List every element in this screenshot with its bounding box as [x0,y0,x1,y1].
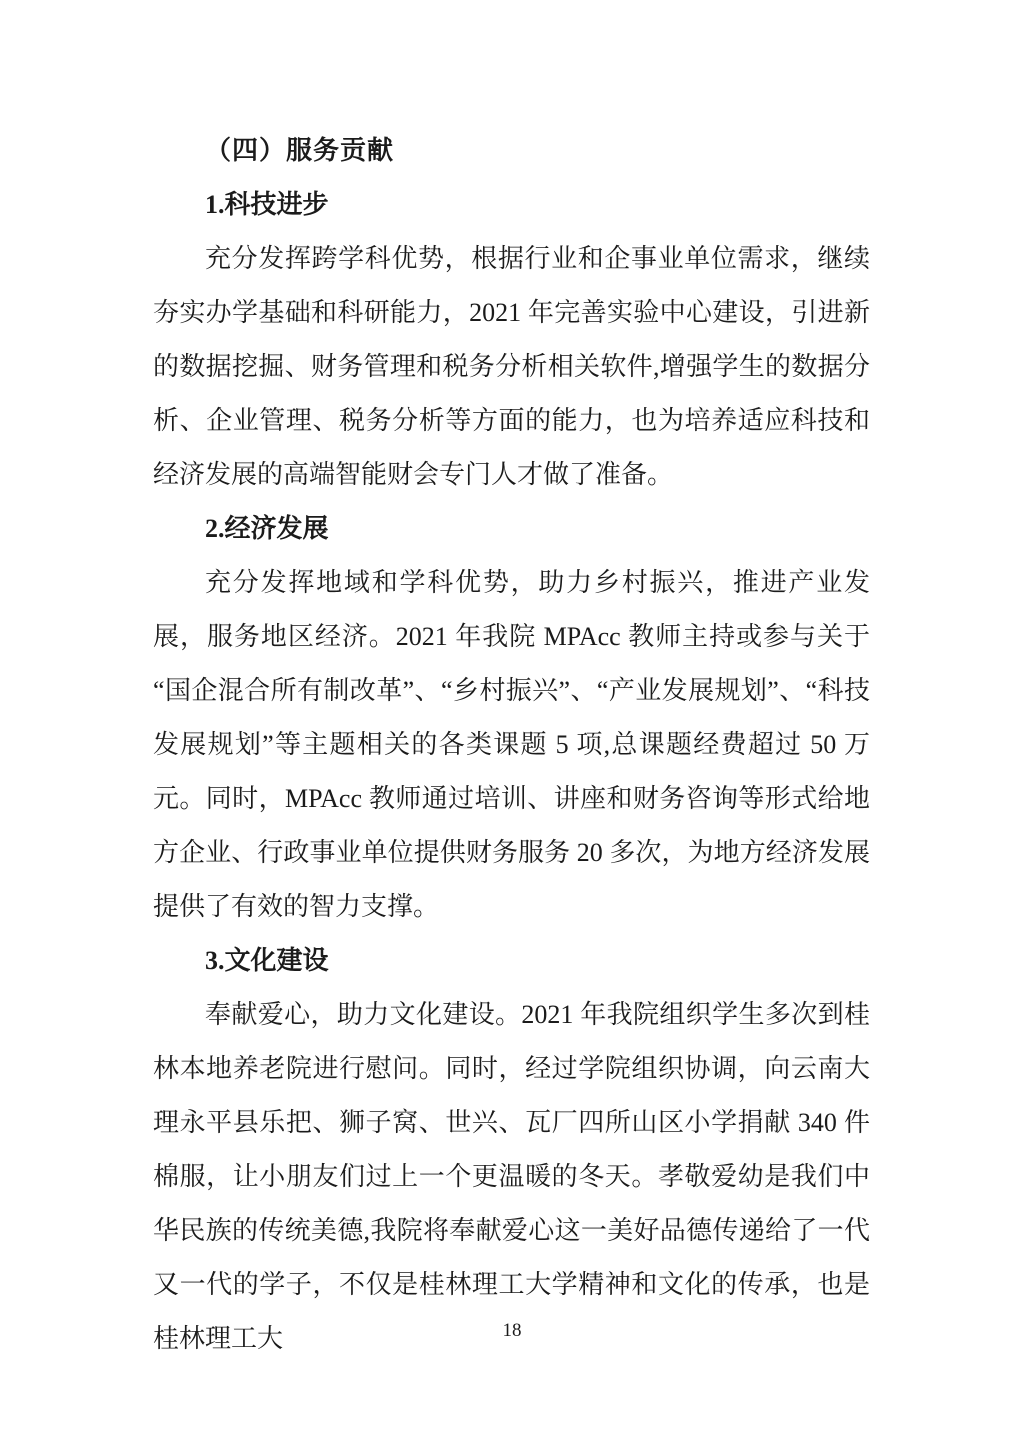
page-number: 18 [0,1318,1024,1344]
document-page: （四）服务贡献 1.科技进步 充分发挥跨学科优势，根据行业和企事业单位需求，继续… [0,0,1024,1448]
subsection-heading-science-progress: 1.科技进步 [153,178,870,232]
subsection-heading-cultural-construction: 3.文化建设 [153,934,870,988]
section-heading-service-contribution: （四）服务贡献 [153,124,870,178]
text-block: （四）服务贡献 1.科技进步 充分发挥跨学科优势，根据行业和企事业单位需求，继续… [153,124,870,1366]
paragraph-science-progress: 充分发挥跨学科优势，根据行业和企事业单位需求，继续夯实办学基础和科研能力，202… [153,232,870,502]
paragraph-economic-development: 充分发挥地域和学科优势，助力乡村振兴，推进产业发展，服务地区经济。2021 年我… [153,556,870,934]
paragraph-cultural-construction: 奉献爱心，助力文化建设。2021 年我院组织学生多次到桂林本地养老院进行慰问。同… [153,988,870,1366]
subsection-heading-economic-development: 2.经济发展 [153,502,870,556]
